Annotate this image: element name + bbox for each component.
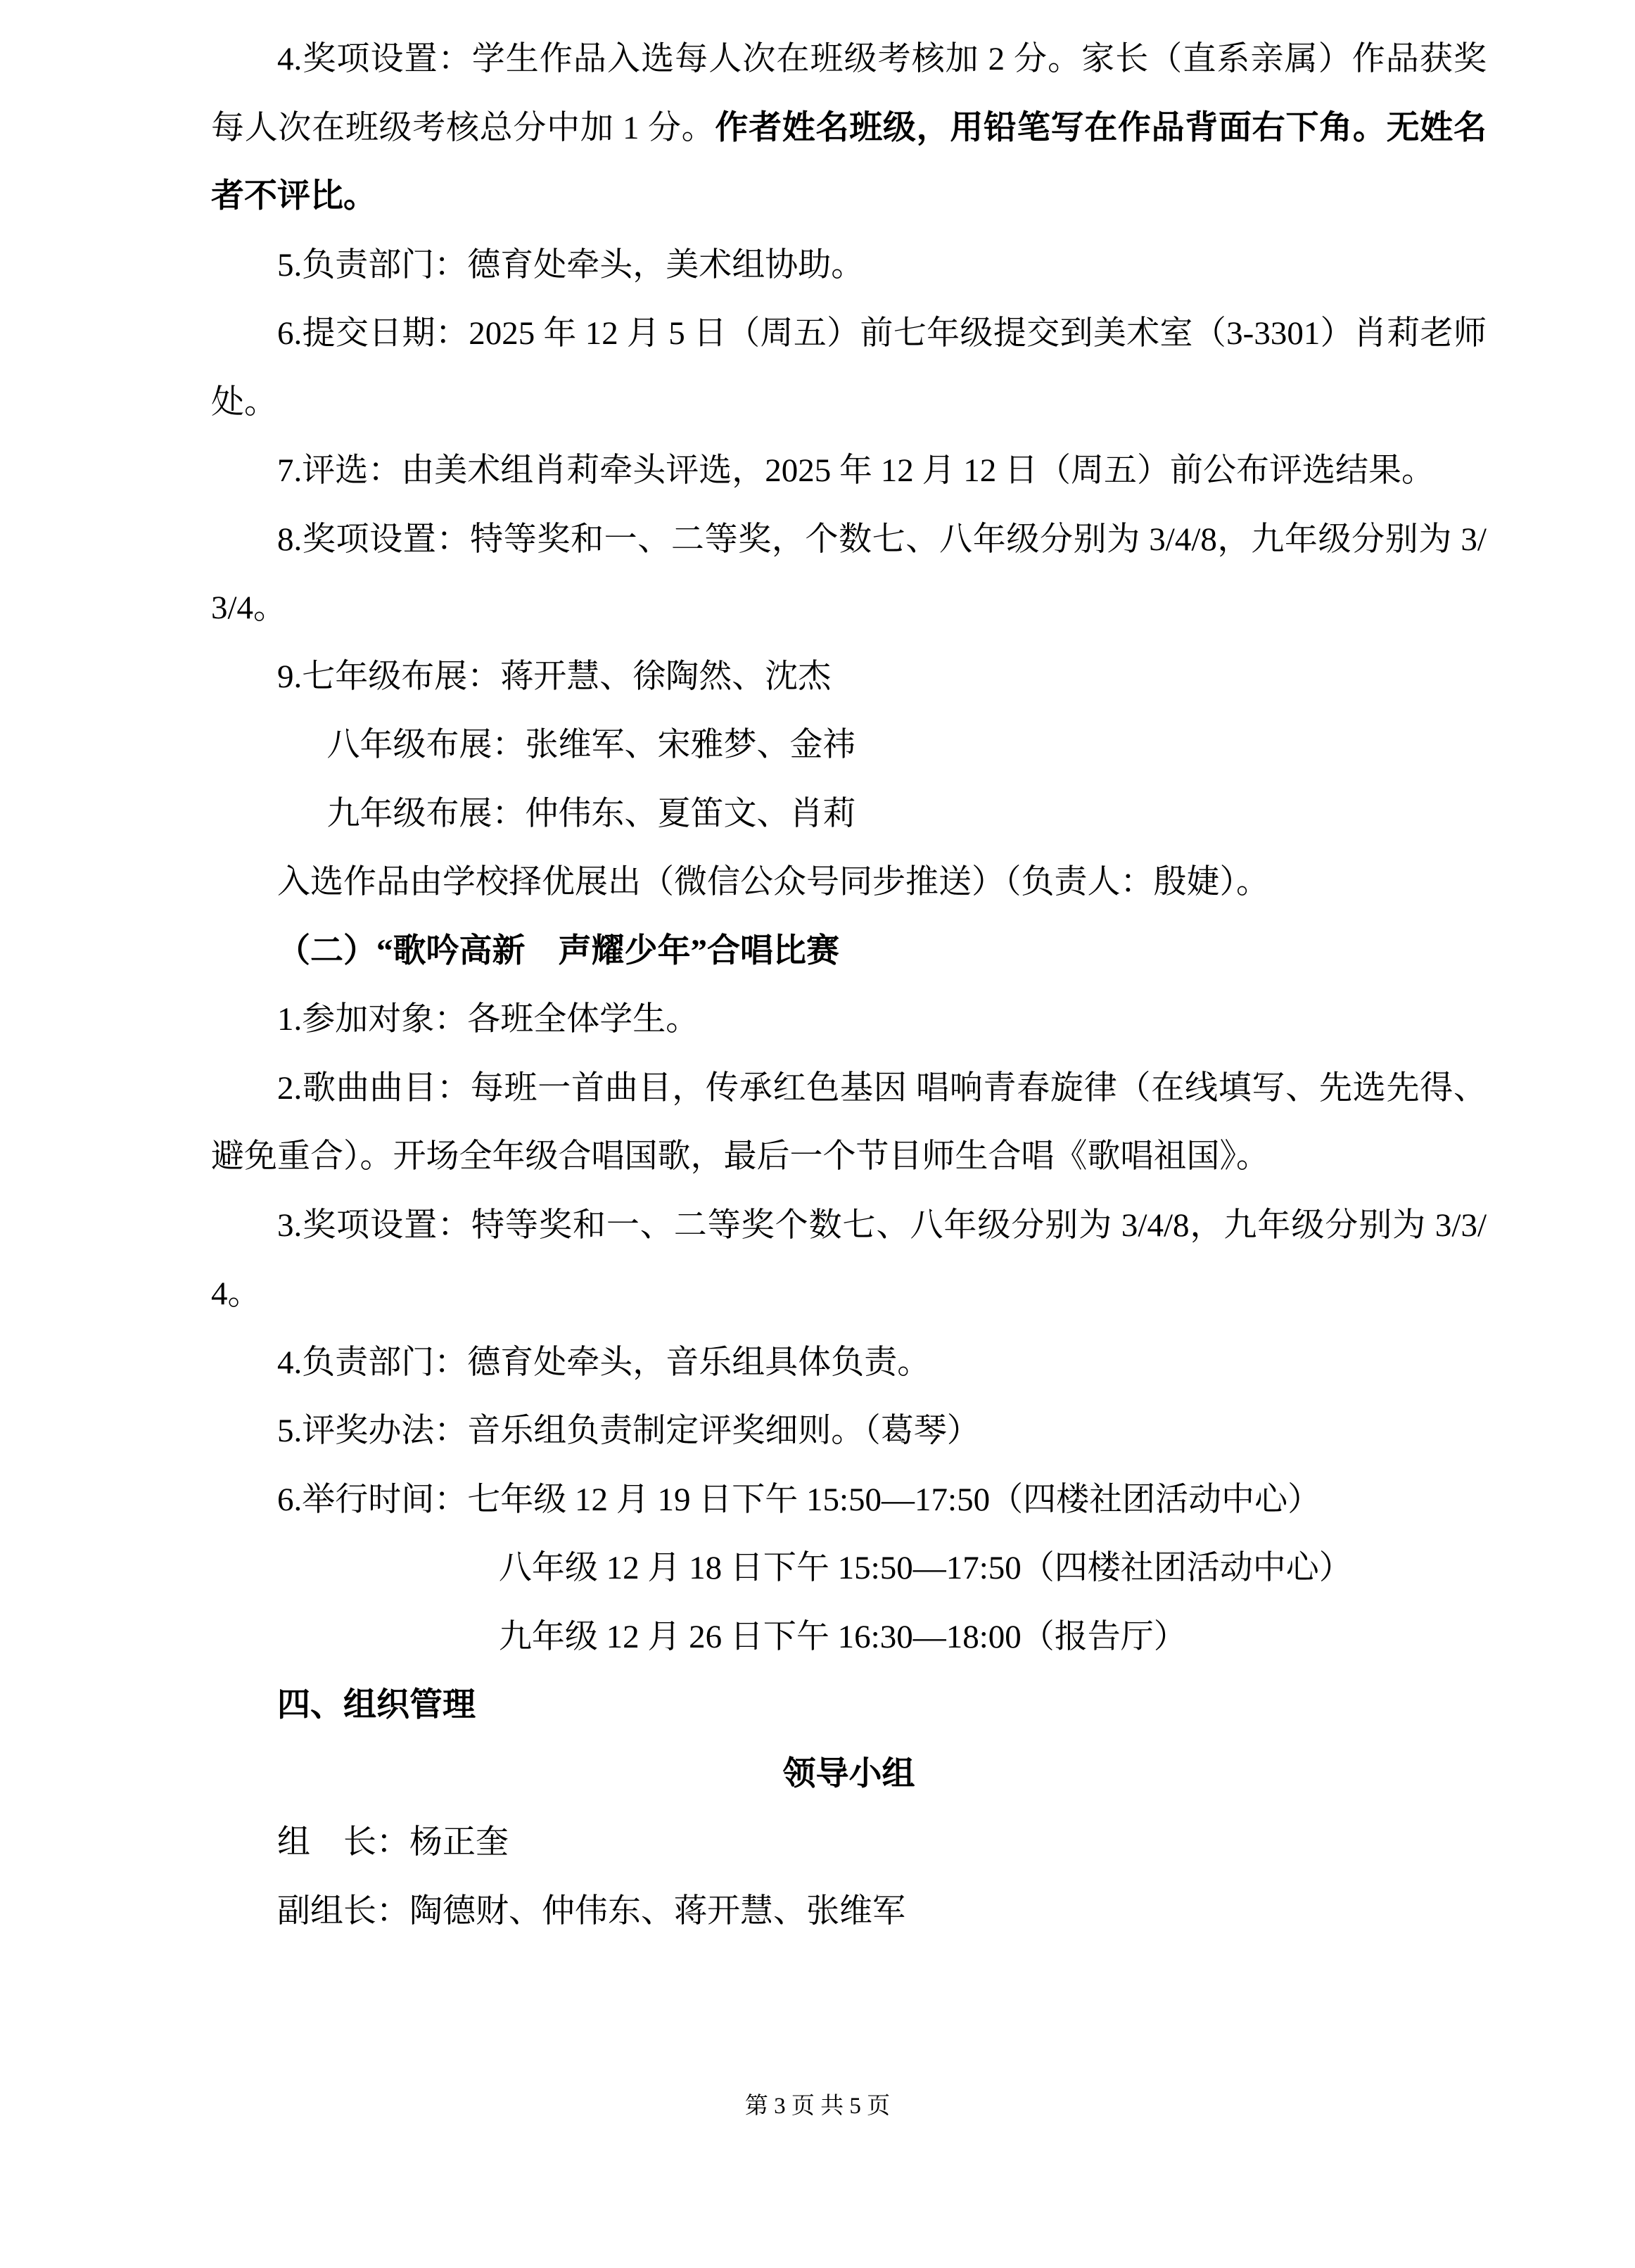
paragraph-selection: 7.评选：由美术组肖莉牵头评选，2025 年 12 月 12 日（周五）前公布评…: [211, 437, 1487, 506]
paragraph-song-selection: 2.歌曲曲目：每班一首曲目，传承红色基因 唱响青春旋律（在线填写、先选先得、避免…: [211, 1055, 1487, 1192]
text-run-bold: 四、组织管理: [277, 1687, 476, 1724]
text-run: 6.举行时间：七年级 12 月 19 日下午 15:50—17:50（四楼社团活…: [277, 1482, 1321, 1518]
text-run: 5.负责部门：德育处牵头，美术组协助。: [277, 247, 864, 283]
text-run: 3.奖项设置：特等奖和一、二等奖个数七、八年级分别为 3/4/8，九年级分别为 …: [211, 1207, 1487, 1313]
paragraph-awards-art: 4.奖项设置：学生作品入选每人次在班级考核加 2 分。家长（直系亲属）作品获奖每…: [211, 25, 1487, 231]
text-run: 副组长：陶德财、仲伟东、蒋开慧、张维军: [277, 1893, 905, 1930]
paragraph-responsible-dept-chorus: 4.负责部门：德育处牵头，音乐组具体负责。: [211, 1329, 1487, 1398]
text-run: 1.参加对象：各班全体学生。: [277, 1001, 699, 1038]
paragraph-schedule-grade9: 九年级 12 月 26 日下午 16:30—18:00（报告厅）: [211, 1603, 1487, 1672]
paragraph-schedule-grade7: 6.举行时间：七年级 12 月 19 日下午 15:50—17:50（四楼社团活…: [211, 1466, 1487, 1535]
text-run: 八年级 12 月 18 日下午 15:50—17:50（四楼社团活动中心）: [499, 1550, 1352, 1586]
text-run: 5.评奖办法：音乐组负责制定评奖细则。（葛琴）: [277, 1413, 980, 1449]
page-number: 第 3 页 共 5 页: [745, 2094, 890, 2119]
text-run-bold: （二）“歌吟高新 声耀少年”合唱比赛: [277, 933, 839, 969]
heading-chorus-competition: （二）“歌吟高新 声耀少年”合唱比赛: [211, 917, 1487, 986]
paragraph-exhibit-note: 入选作品由学校择优展出（微信公众号同步推送）（负责人：殷婕）。: [211, 848, 1487, 917]
paragraph-judging-method: 5.评奖办法：音乐组负责制定评奖细则。（葛琴）: [211, 1397, 1487, 1466]
paragraph-submission-date: 6.提交日期：2025 年 12 月 5 日（周五）前七年级提交到美术室（3-3…: [211, 300, 1487, 437]
paragraph-participants: 1.参加对象：各班全体学生。: [211, 986, 1487, 1055]
paragraph-award-counts-chorus: 3.奖项设置：特等奖和一、二等奖个数七、八年级分别为 3/4/8，九年级分别为 …: [211, 1192, 1487, 1329]
paragraph-responsible-dept-art: 5.负责部门：德育处牵头，美术组协助。: [211, 231, 1487, 300]
paragraph-deputy-leaders: 副组长：陶德财、仲伟东、蒋开慧、张维军: [211, 1878, 1487, 1947]
paragraph-award-counts-art: 8.奖项设置：特等奖和一、二等奖，个数七、八年级分别为 3/4/8，九年级分别为…: [211, 506, 1487, 643]
text-run: 8.奖项设置：特等奖和一、二等奖，个数七、八年级分别为 3/4/8，九年级分别为…: [211, 521, 1487, 627]
text-run: 八年级布展：张维军、宋雅梦、金祎: [327, 727, 856, 763]
text-run: 九年级布展：仲伟东、夏笛文、肖莉: [327, 796, 856, 832]
text-run: 4.负责部门：德育处牵头，音乐组具体负责。: [277, 1344, 930, 1381]
text-run: 2.歌曲曲目：每班一首曲目，传承红色基因 唱响青春旋律（在线填写、先选先得、避免…: [211, 1070, 1487, 1176]
text-run: 组 长：杨正奎: [277, 1824, 509, 1861]
paragraph-group-leader: 组 长：杨正奎: [211, 1809, 1487, 1878]
heading-leadership-group: 领导小组: [211, 1740, 1487, 1809]
heading-organization-management: 四、组织管理: [211, 1671, 1487, 1740]
text-run-bold: 领导小组: [783, 1756, 915, 1792]
paragraph-schedule-grade8: 八年级 12 月 18 日下午 15:50—17:50（四楼社团活动中心）: [211, 1534, 1487, 1603]
text-run: 九年级 12 月 26 日下午 16:30—18:00（报告厅）: [499, 1619, 1187, 1655]
text-run: 入选作品由学校择优展出（微信公众号同步推送）（负责人：殷婕）。: [277, 864, 1269, 900]
text-run: 6.提交日期：2025 年 12 月 5 日（周五）前七年级提交到美术室（3-3…: [211, 315, 1487, 421]
text-run: 9.七年级布展：蒋开慧、徐陶然、沈杰: [277, 658, 831, 695]
paragraph-exhibit-grade8: 八年级布展：张维军、宋雅梦、金祎: [211, 711, 1487, 780]
paragraph-exhibit-grade7: 9.七年级布展：蒋开慧、徐陶然、沈杰: [211, 643, 1487, 712]
paragraph-exhibit-grade9: 九年级布展：仲伟东、夏笛文、肖莉: [211, 780, 1487, 849]
document-body: 4.奖项设置：学生作品入选每人次在班级考核加 2 分。家长（直系亲属）作品获奖每…: [211, 25, 1487, 1946]
document-page: 4.奖项设置：学生作品入选每人次在班级考核加 2 分。家长（直系亲属）作品获奖每…: [0, 0, 1635, 2268]
page-footer: 第 3 页 共 5 页: [0, 2091, 1635, 2122]
text-run: 7.评选：由美术组肖莉牵头评选，2025 年 12 月 12 日（周五）前公布评…: [277, 452, 1434, 489]
